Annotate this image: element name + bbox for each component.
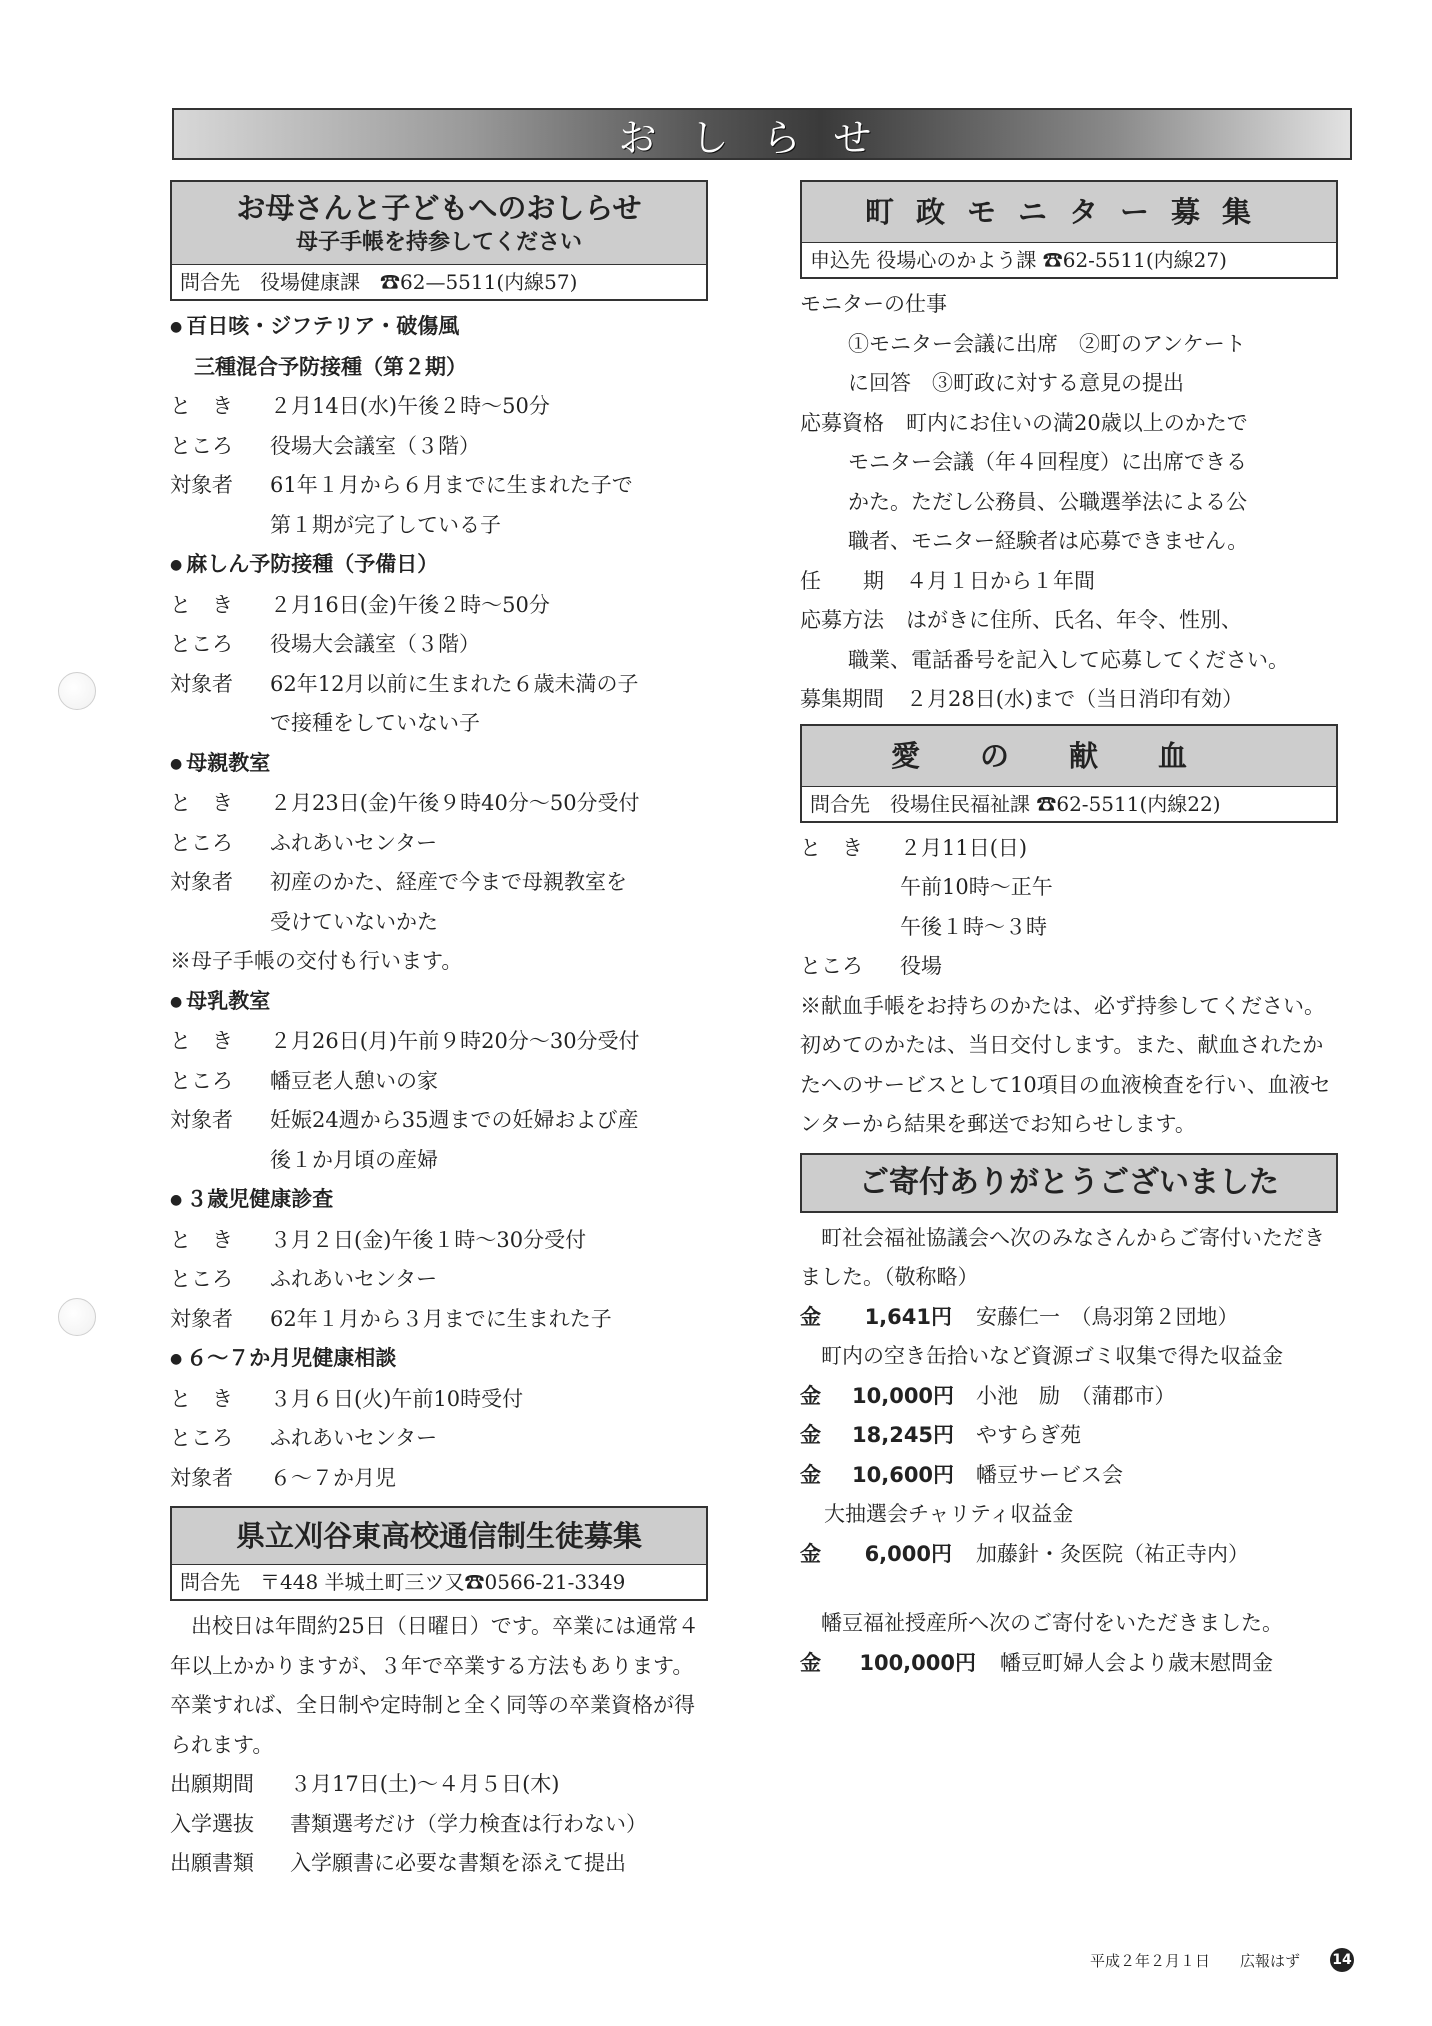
info-row: 募集期間２月28日(水)まで（当日消印有効） (800, 680, 1338, 720)
mothers-item-3yo-checkup: ●３歳児健康診査 と き３月２日(金)午後１時～30分受付 ところふれあいセンタ… (170, 1180, 708, 1339)
mothers-notice-title: お母さんと子どもへのおしらせ 母子手帳を持参してください (172, 182, 706, 265)
mothers-item-dpt: ●百日咳・ジフテリア・破傷風 三種混合予防接種（第２期） と き２月14日(水)… (170, 307, 708, 545)
school-notice-box: 県立刈谷東高校通信制生徒募集 問合先 〒448 半城土町三ツ又☎0566-21-… (170, 1506, 708, 1601)
monitor-job-label: モニターの仕事 (800, 285, 1338, 325)
notice-banner: おしらせ (172, 108, 1352, 160)
info-row: 対象者６～７か月児 (170, 1459, 708, 1499)
page-number: 14 (1330, 1948, 1354, 1972)
info-row: ところ役場大会議室（３階） (170, 625, 708, 665)
donation-row: 金10,000円小池 励 （蒲郡市） (800, 1377, 1338, 1417)
donations-note: 町内の空き缶拾いなど資源ゴミ収集で得た収益金 (800, 1337, 1338, 1377)
info-row: 出願期間３月17日(土)～４月５日(木) (170, 1765, 708, 1805)
info-row-cont: 後１か月頃の産婦 (170, 1141, 708, 1181)
blood-note: ※献血手帳をお持ちのかたは、必ず持参してください。初めてのかたは、当日交付します… (800, 987, 1338, 1145)
donations-title: ご寄付ありがとうございました (802, 1155, 1336, 1211)
punch-hole-top (58, 672, 96, 710)
item-heading-cont: 三種混合予防接種（第２期） (170, 348, 708, 388)
info-row: 出願書類入学願書に必要な書類を添えて提出 (170, 1844, 708, 1884)
mothers-item-measles: ●麻しん予防接種（予備日） と き２月16日(金)午後２時～50分 ところ役場大… (170, 545, 708, 744)
donations-note: 大抽選会チャリティ収益金 (800, 1495, 1338, 1535)
donation-row: 金100,000円幡豆町婦人会より歳末慰問金 (800, 1644, 1338, 1684)
school-notice-title: 県立刈谷東高校通信制生徒募集 (172, 1508, 706, 1565)
bullet-icon: ● (170, 1192, 182, 1208)
info-row: と き２月26日(月)午前９時20分～30分受付 (170, 1022, 708, 1062)
banner-title: おしらせ (619, 107, 906, 162)
footer-date: 平成２年２月１日 (1090, 1950, 1210, 1971)
info-row: 対象者61年１月から６月までに生まれた子で (170, 466, 708, 506)
right-column: 町政モニター募集 申込先 役場心のかよう課 ☎62-5511(内線27) モニタ… (800, 180, 1338, 1683)
info-row: と き２月14日(水)午後２時～50分 (170, 387, 708, 427)
mothers-contact: 問合先 役場健康課 ☎62—5511(内線57) (172, 265, 706, 299)
item-heading: ６～７か月児健康相談 (186, 1346, 396, 1370)
info-row: ところふれあいセンター (170, 824, 708, 864)
info-row: 任 期４月１日から１年間 (800, 562, 1338, 602)
item-heading: 麻しん予防接種（予備日） (186, 552, 438, 576)
mothers-notice-box: お母さんと子どもへのおしらせ 母子手帳を持参してください 問合先 役場健康課 ☎… (170, 180, 708, 301)
school-contact: 問合先 〒448 半城土町三ツ又☎0566-21-3349 (172, 1565, 706, 1599)
bullet-icon: ● (170, 557, 182, 573)
info-row: 対象者初産のかた、経産で今まで母親教室を (170, 863, 708, 903)
info-row: と き３月６日(火)午前10時受付 (170, 1380, 708, 1420)
donations-intro-2: 幡豆福祉授産所へ次のご寄付をいただきました。 (800, 1604, 1338, 1644)
monitor-job-line: に回答 ③町政に対する意見の提出 (800, 364, 1338, 404)
donations-intro: 町社会福祉協議会へ次のみなさんからご寄付いただきました。（敬称略） (800, 1219, 1338, 1298)
donation-row: 金1,641円安藤仁一 （鳥羽第２団地） (800, 1298, 1338, 1338)
left-column: お母さんと子どもへのおしらせ 母子手帳を持参してください 問合先 役場健康課 ☎… (170, 180, 708, 1884)
info-row-cont: 第１期が完了している子 (170, 506, 708, 546)
item-note: ※母子手帳の交付も行います。 (170, 942, 708, 982)
mothers-item-breastfeeding-class: ●母乳教室 と き２月26日(月)午前９時20分～30分受付 ところ幡豆老人憩い… (170, 982, 708, 1181)
mothers-title: お母さんと子どもへのおしらせ (172, 182, 706, 228)
info-row: ところふれあいセンター (170, 1260, 708, 1300)
school-body: 出校日は年間約25日（日曜日）です。卒業には通常４年以上かかりますが、３年で卒業… (170, 1607, 708, 1765)
monitor-notice-title: 町政モニター募集 (802, 182, 1336, 243)
item-heading: ３歳児健康診査 (186, 1187, 333, 1211)
footer-publication: 広報はず (1240, 1950, 1300, 1971)
mothers-item-infant-consult: ●６～７か月児健康相談 と き３月６日(火)午前10時受付 ところふれあいセンタ… (170, 1339, 708, 1498)
donation-row: 金18,245円やすらぎ苑 (800, 1416, 1338, 1456)
monitor-contact: 申込先 役場心のかよう課 ☎62-5511(内線27) (802, 243, 1336, 277)
donation-row: 金10,600円幡豆サービス会 (800, 1456, 1338, 1496)
info-row: と き３月２日(金)午後１時～30分受付 (170, 1221, 708, 1261)
info-row: 入学選抜書類選考だけ（学力検査は行わない） (170, 1805, 708, 1845)
mothers-item-mothers-class: ●母親教室 と き２月23日(金)午後９時40分～50分受付 ところふれあいセン… (170, 744, 708, 982)
donation-row: 金6,000円加藤針・灸医院（祐正寺内） (800, 1535, 1338, 1575)
bullet-icon: ● (170, 1351, 182, 1367)
info-row: 対象者妊娠24週から35週までの妊婦および産 (170, 1101, 708, 1141)
donations-box: ご寄付ありがとうございました (800, 1153, 1338, 1213)
info-row: 応募方法はがきに住所、氏名、年令、性別、 (800, 601, 1338, 641)
info-row: 応募資格町内にお住いの満20歳以上のかたで (800, 404, 1338, 444)
punch-hole-bottom (58, 1298, 96, 1336)
info-row: ところ役場 (800, 947, 1338, 987)
bullet-icon: ● (170, 994, 182, 1010)
info-row: と き２月11日(日) (800, 829, 1338, 869)
info-row: ところ役場大会議室（３階） (170, 427, 708, 467)
info-row: ところ幡豆老人憩いの家 (170, 1062, 708, 1102)
item-heading: 母乳教室 (186, 989, 270, 1013)
info-row-cont: で接種をしていない子 (170, 704, 708, 744)
page-footer: 平成２年２月１日 広報はず 14 (1090, 1948, 1354, 1972)
info-row: 対象者62年12月以前に生まれた６歳未満の子 (170, 665, 708, 705)
monitor-job-line: ①モニター会議に出席 ②町のアンケート (800, 325, 1338, 365)
mothers-subtitle: 母子手帳を持参してください (172, 228, 706, 264)
info-row-cont: 受けていないかた (170, 903, 708, 943)
bullet-icon: ● (170, 319, 182, 335)
blood-notice-title: 愛の献血 (802, 726, 1336, 787)
blood-contact: 問合先 役場住民福祉課 ☎62-5511(内線22) (802, 787, 1336, 821)
info-row: 対象者62年１月から３月までに生まれた子 (170, 1300, 708, 1340)
blood-notice-box: 愛の献血 問合先 役場住民福祉課 ☎62-5511(内線22) (800, 724, 1338, 823)
item-heading: 母親教室 (186, 751, 270, 775)
item-heading: 百日咳・ジフテリア・破傷風 (186, 314, 459, 338)
info-row: ところふれあいセンター (170, 1419, 708, 1459)
bullet-icon: ● (170, 756, 182, 772)
info-row: と き２月16日(金)午後２時～50分 (170, 586, 708, 626)
info-row: と き２月23日(金)午後９時40分～50分受付 (170, 784, 708, 824)
monitor-notice-box: 町政モニター募集 申込先 役場心のかよう課 ☎62-5511(内線27) (800, 180, 1338, 279)
